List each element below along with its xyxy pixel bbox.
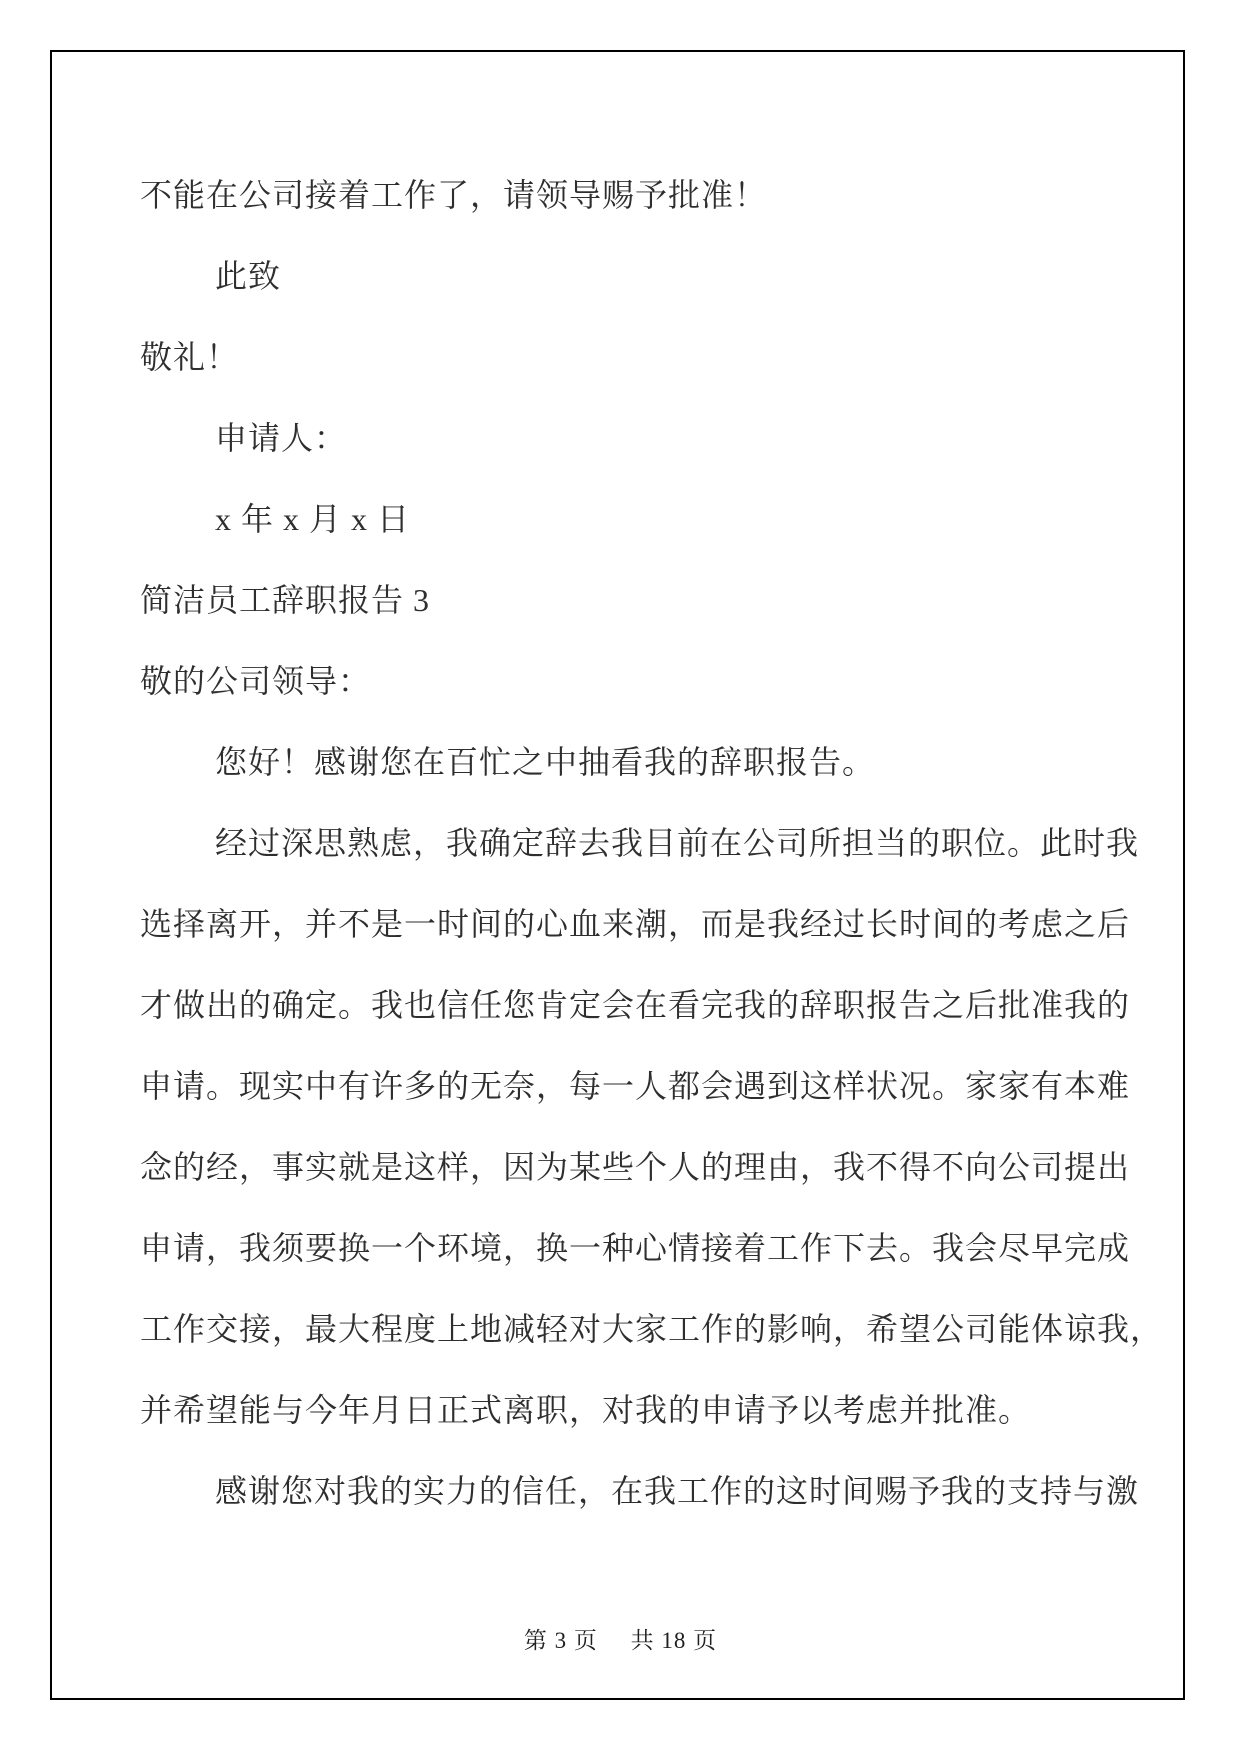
text-line: x 年 x 月 x 日 [140,476,1120,557]
text-line: 此致 [140,233,1120,314]
text-line: 申请人： [140,395,1120,476]
text-line: 选择离开，并不是一时间的心血来潮，而是我经过长时间的考虑之后 [140,881,1120,962]
text-line: 经过深思熟虑，我确定辞去我目前在公司所担当的职位。此时我 [140,800,1120,881]
text-line: 不能在公司接着工作了，请领导赐予批准！ [140,152,1120,233]
salutation-line: 敬的公司领导： [140,638,1120,719]
text-line: 并希望能与今年月日正式离职，对我的申请予以考虑并批准。 [140,1367,1120,1448]
text-line: 申请，我须要换一个环境，换一种心情接着工作下去。我会尽早完成 [140,1205,1120,1286]
text-line: 念的经，事实就是这样，因为某些个人的理由，我不得不向公司提出 [140,1124,1120,1205]
text-line: 感谢您对我的实力的信任，在我工作的这时间赐予我的支持与激 [140,1448,1120,1529]
text-line: 才做出的确定。我也信任您肯定会在看完我的辞职报告之后批准我的 [140,962,1120,1043]
document-page: 不能在公司接着工作了，请领导赐予批准！ 此致 敬礼！ 申请人： x 年 x 月 … [0,0,1241,1754]
page-number: 第 3 页 [524,1622,598,1655]
page-footer: 第 3 页 共 18 页 [0,1622,1241,1655]
text-line: 工作交接，最大程度上地减轻对大家工作的影响，希望公司能体谅我， [140,1286,1120,1367]
document-body: 不能在公司接着工作了，请领导赐予批准！ 此致 敬礼！ 申请人： x 年 x 月 … [140,152,1120,1529]
text-line: 您好！感谢您在百忙之中抽看我的辞职报告。 [140,719,1120,800]
page-total: 共 18 页 [631,1622,718,1655]
section-heading: 简洁员工辞职报告 3 [140,557,1120,638]
text-line: 敬礼！ [140,314,1120,395]
text-line: 申请。现实中有许多的无奈，每一人都会遇到这样状况。家家有本难 [140,1043,1120,1124]
